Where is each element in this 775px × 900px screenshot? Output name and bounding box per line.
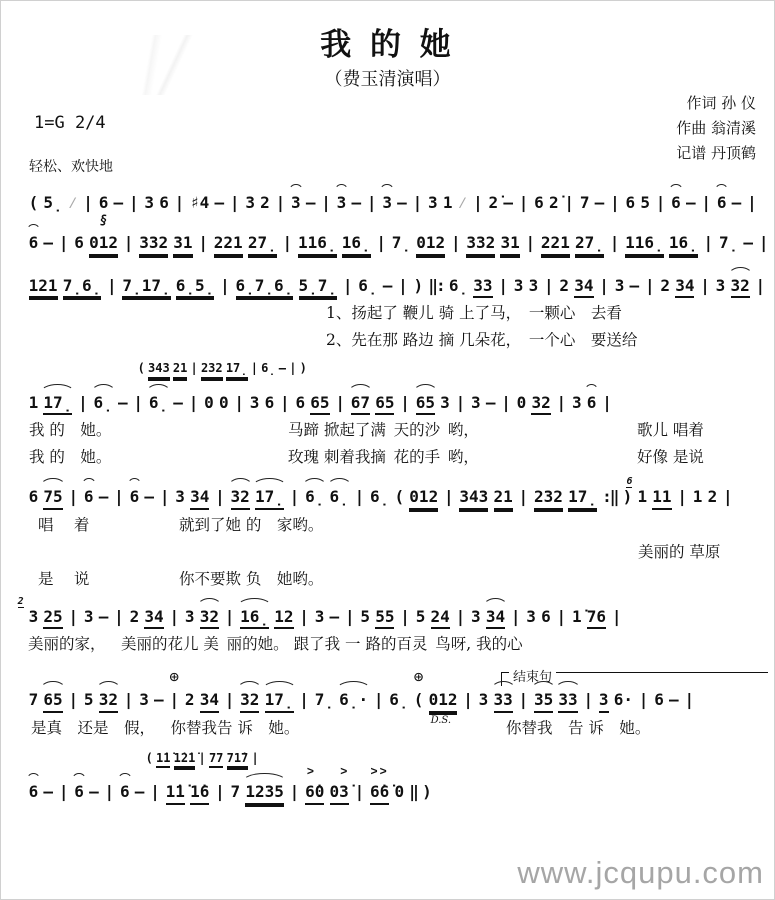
note-token: 3 [245, 194, 255, 212]
note-token: 32 [731, 277, 750, 298]
note-token: 32 [99, 691, 118, 712]
note-token: 6̣ [305, 488, 324, 506]
barline: | [189, 394, 199, 412]
notation-line: 3225|3–|234|332|16̣12|3–|555|524|334|36|… [26, 593, 768, 629]
note-token: 17̣ [265, 691, 294, 712]
note-token: 21 [173, 362, 187, 379]
note-token: 3 [514, 277, 524, 295]
note-token: 3 [471, 394, 481, 412]
note-token: 3 [471, 608, 481, 626]
note-token: 343 [459, 488, 488, 509]
note-token: 121 [29, 277, 58, 298]
notation-line: 117̣|6̣–|6̣–|00|36|665|6765|653|3–|032|3… [26, 379, 768, 415]
lyric-line: 我 的 她。马蹄 掀起了满 天的沙 哟，歌儿 唱着 [26, 415, 768, 442]
accent-icon: ˃ [340, 765, 347, 777]
note-token: 6 [74, 234, 84, 252]
note-token: 3 [440, 394, 450, 412]
barline: | [343, 277, 353, 295]
barline: | [107, 277, 117, 295]
music-system: 1217̣6̣|7̣17̣6̣5̣|6̣7̣6̣5̣7̣|6̣–|)‖:6̣33… [26, 262, 768, 352]
note-token: 6̣ [330, 488, 349, 506]
notation-line: 1217̣6̣|7̣17̣6̣5̣|6̣7̣6̣5̣7̣|6̣–|)‖:6̣33… [26, 262, 768, 298]
barline: | [169, 608, 179, 626]
note-token: 6 [265, 394, 275, 412]
barline: | [519, 691, 529, 709]
score-symbol: ) [300, 362, 307, 376]
note-token: 6̣ [358, 277, 377, 295]
note-token: 221 [214, 234, 243, 255]
note-token: 31 [173, 234, 192, 255]
barline: | [345, 608, 355, 626]
note-token: 33 [473, 277, 492, 298]
barline: | [335, 394, 345, 412]
note-token: 3 [572, 394, 582, 412]
score-symbol: (⊕ [414, 691, 424, 709]
barline: | [610, 194, 620, 212]
barline: | [756, 277, 766, 295]
note-token: 6 [84, 488, 94, 506]
barline: | [321, 194, 331, 212]
lyric-segment: 我 的 她。 [29, 418, 111, 440]
barline: | [289, 362, 296, 376]
barline: | [225, 691, 235, 709]
barline: | [759, 234, 769, 252]
lyric-segment: 是 说 [38, 567, 89, 589]
note-token: 75 [43, 488, 62, 509]
note-token: 03̇˃ [330, 783, 349, 804]
note-token: 3 [144, 194, 154, 212]
barline: | [230, 194, 240, 212]
note-token: – [173, 394, 183, 412]
lyric-segment: 1、扬起了 鞭儿 骑 上了马， 一颗心 去看 [326, 301, 622, 323]
tempo-marking: 轻松、欢快地 [29, 156, 113, 176]
note-token: 1 [693, 488, 703, 506]
note-token: 27̣ [248, 234, 277, 255]
note-token: – [383, 277, 393, 295]
note-token: 17̣ [568, 488, 597, 509]
note-token: 2 [559, 277, 569, 295]
note-token: – [686, 194, 696, 212]
note-token: 0 [394, 783, 404, 801]
note-token: 6 [120, 783, 130, 801]
barline: | [463, 691, 473, 709]
note-token: – [279, 362, 286, 376]
note-token: 2 [185, 691, 195, 709]
music-system: (1̇1̇1̇2̇1̇|7771̇7|6–|6–|6–|1̇1̇1̇6|7123… [26, 742, 768, 805]
note-token: 7 [29, 691, 39, 709]
barline: | [83, 194, 93, 212]
note-token: 6 [29, 488, 39, 506]
note-token: 6̣ [94, 394, 113, 412]
note-token: 1 [443, 194, 453, 212]
barline: | [704, 234, 714, 252]
note-token: 0 [219, 394, 229, 412]
barline: | [519, 488, 529, 506]
lyric-line: 1、扬起了 鞭儿 骑 上了马， 一颗心 去看 [26, 298, 768, 325]
barline: | [215, 488, 225, 506]
note-token: 34 [200, 691, 219, 712]
accent-icon: ˃˃ [370, 765, 388, 777]
barline: | [114, 488, 124, 506]
note-token: 35 [534, 691, 553, 712]
note-token: ♯4 [190, 194, 209, 212]
barline: | [444, 488, 454, 506]
note-token: – [114, 194, 124, 212]
note-token: ⁄ [68, 194, 78, 212]
barline: | [400, 394, 410, 412]
song-title: 我 的 她 [1, 19, 774, 64]
barline: | [68, 488, 78, 506]
note-token: 012 [416, 234, 445, 255]
note-token: 67 [351, 394, 370, 415]
note-token: 16 [637, 488, 647, 506]
note-token: 2 [660, 277, 670, 295]
barline: | [68, 691, 78, 709]
note-token: 1̇2̇1̇ [174, 752, 196, 769]
note-token: 6̣ [449, 277, 468, 295]
music-system: (5̣⁄|6–|36|♯4–|32|3–|3–|3–|31⁄|2̇–|62̇|7… [26, 179, 768, 212]
note-token: 3 [599, 691, 609, 712]
note-token: 7̣ [315, 691, 334, 709]
note-token: 6 [654, 691, 664, 709]
barline: | [557, 394, 567, 412]
barline: | [456, 394, 466, 412]
barline: | [59, 234, 69, 252]
notation-line: 6–|6–|6–|1̇1̇1̇6|71235|6̇0˃03̇˃|6̇6̇˃˃0‖… [26, 768, 768, 804]
score-symbol: ) [422, 783, 432, 801]
note-token: 34 [675, 277, 694, 298]
score-symbol: ‖ [409, 783, 417, 801]
note-token: 5̣7̣ [299, 277, 338, 298]
barline: | [290, 783, 300, 801]
transcriber-credit: 记谱 丹顶鹤 [676, 141, 756, 166]
note-token: 32 [29, 608, 39, 626]
barline: | [700, 277, 710, 295]
note-token: 3 [479, 691, 489, 709]
note-token: 012D.S. [429, 691, 458, 712]
note-token: 6 [29, 783, 39, 801]
barline: | [451, 234, 461, 252]
barline: | [367, 194, 377, 212]
note-token: 6 [159, 194, 169, 212]
note-token: 3 [382, 194, 392, 212]
barline: | [234, 394, 244, 412]
barline: | [723, 488, 733, 506]
barline: | [639, 691, 649, 709]
lyric-segment: 你不要欺 负 她哟。 [179, 567, 323, 589]
note-token: 5 [640, 194, 650, 212]
note-token: – [397, 194, 407, 212]
note-token: 32 [200, 608, 219, 629]
note-token: 34 [574, 277, 593, 298]
lyric-segment: 就到了她 的 家哟。 [179, 513, 323, 535]
note-token: – [89, 783, 99, 801]
note-token: 221 [541, 234, 570, 255]
accent-icon: ˃ [307, 765, 314, 777]
composer-credit: 作曲 翁清溪 [676, 116, 756, 141]
note-token: 5 [360, 608, 370, 626]
barline: | [456, 608, 466, 626]
note-token: 116̣ [298, 234, 337, 255]
credits-block: 作词 孙 仪 作曲 翁清溪 记谱 丹顶鹤 [676, 91, 756, 166]
note-token: 31 [500, 234, 519, 255]
barline: | [299, 691, 309, 709]
note-token: 7̣17̣ [122, 277, 170, 298]
score-symbol: ( [394, 488, 404, 506]
music-system: 675|6–|6–|334|3217̣|6̣6̣|6̣(012|34321|23… [26, 473, 768, 590]
barline: | [645, 277, 655, 295]
note-token: 33 [558, 691, 577, 712]
note-token: 6· [614, 691, 633, 709]
note-token: 343 [148, 362, 170, 379]
barline: | [276, 194, 286, 212]
note-token: 17̣ [43, 394, 72, 415]
note-token: 6 [671, 194, 681, 212]
lyric-line: 唱 着就到了她 的 家哟。 [26, 510, 768, 537]
note-token: 34 [486, 608, 505, 629]
note-token: 76 [587, 608, 606, 629]
note-token: 3 [716, 277, 726, 295]
barline: | [701, 194, 711, 212]
note-token: 6 [541, 608, 551, 626]
note-token: 71̇7 [227, 752, 249, 769]
note-token: 6 [130, 488, 140, 506]
barline: | [413, 194, 423, 212]
notation-line: 6–|6012§|33231|22127̣|116̣16̣|7̣012|3323… [26, 219, 768, 255]
note-token: – [732, 194, 742, 212]
barline: | [747, 194, 757, 212]
score-symbol: :‖ [602, 488, 617, 506]
note-token: – [503, 194, 513, 212]
barline: | [68, 608, 78, 626]
barline: | [299, 608, 309, 626]
barline: | [124, 691, 134, 709]
note-token: 6̣ [370, 488, 389, 506]
barline: | [59, 783, 69, 801]
note-token: – [43, 783, 53, 801]
note-token: – [99, 488, 109, 506]
music-system: 6–|6012§|33231|22127̣|116̣16̣|7̣012|3323… [26, 219, 768, 255]
grace-note: 2 [18, 597, 24, 608]
lyric-segment: 美丽的 草原 [638, 540, 720, 562]
note-token: 1̇1̇ [166, 783, 185, 804]
note-token: 6̣5̣ [176, 277, 215, 298]
note-token: 232 [201, 362, 223, 379]
cue-line: (34321|23217̣|6̣–|) [136, 352, 768, 379]
barline: | [355, 488, 365, 506]
coda-icon: ⊕ [169, 669, 179, 685]
note-token: 32 [240, 691, 259, 712]
lyric-line: 美丽的家， 美丽的花儿 美 丽的她。 跟了我 一 路的百灵 鸟呀, 我的心 [26, 629, 768, 656]
note-token: – [595, 194, 605, 212]
performer-subtitle: （费玉清演唱） [1, 65, 774, 91]
note-token: 65 [310, 394, 329, 415]
barline: | [133, 394, 143, 412]
note-token: 7 [231, 783, 241, 801]
note-token: – [669, 691, 679, 709]
note-token: 6̣· [339, 691, 368, 709]
barline: | [610, 234, 620, 252]
note-token: 1̇1̇ [156, 752, 170, 769]
music-system: 3225|3–|234|332|16̣12|3–|555|524|334|36|… [26, 593, 768, 656]
barline: | [400, 608, 410, 626]
lyric-segment: 好像 是说 [637, 445, 704, 467]
barline: | [225, 608, 235, 626]
note-token: – [99, 608, 109, 626]
note-token: 2̇ [549, 194, 559, 212]
barline: | [215, 783, 225, 801]
note-token: 012§ [89, 234, 118, 255]
key-time-signature: 1=G 2/4 [34, 113, 106, 133]
note-token: 5 [416, 608, 426, 626]
note-token: 6̣ [149, 394, 168, 412]
lyric-segment: 我 的 她。 [29, 445, 111, 467]
barline: | [374, 691, 384, 709]
barline: | [251, 752, 258, 766]
note-token: 116̣ [625, 234, 664, 255]
note-token: 32 [531, 394, 550, 415]
barline: | [557, 608, 567, 626]
note-token: 7̣6̣ [63, 277, 102, 298]
barline: | [544, 277, 554, 295]
lyric-line: 我 的 她。玫瑰 刺着我摘 花的手 哟，好像 是说 [26, 442, 768, 469]
barline: | [501, 394, 511, 412]
barline: | [612, 608, 622, 626]
note-token: – [214, 194, 224, 212]
note-token: 6 [29, 234, 39, 252]
note-token: 65 [416, 394, 435, 415]
note-token: 3 [84, 608, 94, 626]
note-token: 17̣ [255, 488, 284, 509]
barline: | [656, 194, 666, 212]
note-token: 6 [587, 394, 597, 412]
note-token: 332 [466, 234, 495, 255]
note-token: 012 [409, 488, 438, 509]
notation-line: (5̣⁄|6–|36|♯4–|32|3–|3–|3–|31⁄|2̇–|62̇|7… [26, 179, 768, 212]
score-symbol: ( [29, 194, 39, 212]
note-token: 3 [175, 488, 185, 506]
barline: | [175, 194, 185, 212]
barline: | [376, 234, 386, 252]
note-token: 3 [337, 194, 347, 212]
note-token: 25 [43, 608, 62, 629]
note-token: 3 [139, 691, 149, 709]
note-token: 16̣ [669, 234, 698, 255]
note-token: 3 [428, 194, 438, 212]
lyric-line: 是 说你不要欺 负 她哟。 [26, 564, 768, 591]
note-token: 32 [231, 488, 250, 509]
note-token: 27̣ [575, 234, 604, 255]
note-token: 3 [526, 608, 536, 626]
note-token: 65 [43, 691, 62, 712]
score-symbol: ) [414, 277, 424, 295]
note-token: 3 [615, 277, 625, 295]
lyric-segment: 美丽的家， 美丽的花儿 美 丽的她。 跟了我 一 路的百灵 鸟呀, 我的心 [28, 632, 523, 654]
barline: | [129, 194, 139, 212]
note-token: 2 [708, 488, 718, 506]
note-token: 7̣ [392, 234, 411, 252]
note-token: 6̣7̣6̣ [236, 277, 294, 298]
lyric-segment: 马蹄 掀起了满 天的沙 哟， [288, 418, 479, 440]
barline: | [599, 277, 609, 295]
note-token: – [352, 194, 362, 212]
score-symbol: ( [138, 362, 145, 376]
note-token: 65 [375, 394, 394, 415]
note-token: – [135, 783, 145, 801]
note-token: 6 [717, 194, 727, 212]
coda-icon: ⊕ [414, 669, 424, 685]
note-token: 3 [291, 194, 301, 212]
barline: | [519, 194, 529, 212]
note-token: 3 [185, 608, 195, 626]
watermark: www.jcqupu.com [517, 855, 764, 891]
note-token: 6̣ [389, 691, 408, 709]
barline: | [251, 362, 258, 376]
note-token: – [486, 394, 496, 412]
barline: | [583, 691, 593, 709]
note-token: 6 [295, 394, 305, 412]
barline: | [511, 608, 521, 626]
grace-note: 6 [626, 477, 632, 488]
score: (5̣⁄|6–|36|♯4–|32|3–|3–|3–|31⁄|2̇–|62̇|7… [26, 177, 768, 805]
barline: | [602, 394, 612, 412]
note-token: 1 [29, 394, 39, 412]
note-token: 6̇6̇˃˃ [370, 783, 389, 804]
note-token: 2̇ [488, 194, 498, 212]
score-symbol: ‖: [428, 277, 443, 295]
score-symbol: ( [146, 752, 153, 766]
barline: | [564, 194, 574, 212]
note-token: 55 [375, 608, 394, 629]
note-token: 1̇6 [190, 783, 209, 804]
note-token: 21 [494, 488, 513, 509]
barline: | [124, 234, 134, 252]
sheet-music-page: 我 的 她 （费玉清演唱） 作词 孙 仪 作曲 翁清溪 记谱 丹顶鹤 1=G 2… [0, 0, 775, 900]
barline: | [191, 362, 198, 376]
music-system: 结束句765|532|3–|⊕234|3217̣|7̣6̣·|6̣(⊕012D.… [26, 676, 768, 739]
barline: | [677, 488, 687, 506]
lyric-segment: 是真 还是 假， 你替我告 诉 她。 [31, 716, 299, 738]
note-token: 2 [260, 194, 270, 212]
note-token: 1235 [245, 783, 284, 804]
barline: | [280, 394, 290, 412]
note-token: – [43, 234, 53, 252]
barline: | [220, 277, 230, 295]
note-token: 6 [626, 194, 636, 212]
note-token: 7 [580, 194, 590, 212]
note-token: 6 [99, 194, 109, 212]
note-token: – [630, 277, 640, 295]
lyric-segment: 唱 着 [38, 513, 89, 535]
note-token: 1̇ [572, 608, 582, 626]
note-token: 3 [529, 277, 539, 295]
note-token: 2 [130, 608, 140, 626]
barline: | [290, 488, 300, 506]
barline: | [160, 488, 170, 506]
note-token: 34 [190, 488, 209, 509]
note-token: 33 [494, 691, 513, 712]
barline: | [198, 234, 208, 252]
note-token: 77 [209, 752, 223, 769]
barline: | [78, 394, 88, 412]
note-token: 3 [315, 608, 325, 626]
score-symbol: ) [623, 488, 633, 506]
note-token: 0 [517, 394, 527, 412]
barline: | [283, 234, 293, 252]
note-token: 3 [250, 394, 260, 412]
barline: | [114, 608, 124, 626]
note-token: 11 [652, 488, 671, 509]
